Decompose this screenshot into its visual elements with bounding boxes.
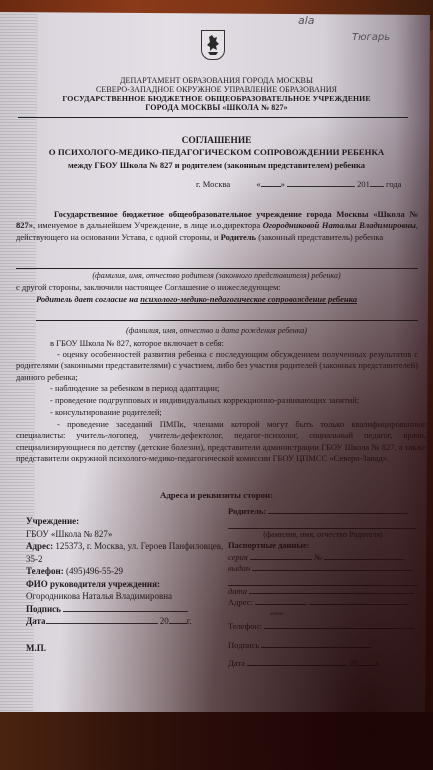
consent-statement: Родитель дает согласие на психолого-меди…	[36, 294, 426, 305]
head-name: Огородникова Наталья Владимировна	[26, 590, 226, 603]
parent-details: Родитель: (фамилия, имя, отчество Родите…	[228, 506, 428, 669]
list-item: - оценку особенностей развития ребенка с…	[16, 349, 418, 383]
place-date: г. Москва «» 201 года	[196, 179, 426, 190]
district-name: СЕВЕРО-ЗАПАДНОЕ ОКРУЖНОЕ УПРАВЛЕНИЕ ОБРА…	[0, 85, 433, 94]
day-field[interactable]	[261, 186, 281, 187]
parent-signature-field[interactable]	[261, 647, 371, 648]
passport-issued-line2[interactable]	[228, 575, 418, 586]
director-name: Огородниковой Натальи Владимировны	[263, 220, 416, 230]
passport-issued-field[interactable]	[252, 570, 412, 571]
passport-series-field[interactable]	[250, 559, 312, 560]
passport-number-field[interactable]	[324, 559, 404, 560]
address-index-field[interactable]	[255, 604, 305, 605]
child-name-hint: (фамилия, имя, отчество и дата рождения …	[0, 326, 433, 335]
includes-line: в ГБОУ Школа № 827, которое включает в с…	[50, 338, 410, 349]
month-field[interactable]	[287, 186, 355, 187]
parent-name-line2[interactable]	[228, 518, 416, 529]
city: г. Москва	[196, 179, 230, 189]
handwritten-note-top: ala	[298, 14, 315, 27]
head-label: ФИО руководителя учреждения:	[26, 578, 226, 591]
institution-name-line2: ГОРОДА МОСКВЫ «ШКОЛА № 827»	[0, 103, 433, 112]
list-item: - консультирование родителей;	[50, 407, 430, 418]
header-divider	[18, 117, 408, 118]
institution-year-field[interactable]	[169, 623, 187, 624]
institution-date-row: Дата 20г.	[26, 615, 226, 628]
institution-address: Адрес: 125373, г. Москва, ул. Героев Пан…	[26, 540, 226, 565]
preamble: Государственное бюджетное общеобразовате…	[16, 209, 418, 243]
child-name-field[interactable]	[36, 320, 418, 321]
parent-name-field[interactable]	[16, 268, 418, 269]
parent-name-hint: (фамилия, имя, отчество родителя (законн…	[0, 271, 433, 280]
doc-title: СОГЛАШЕНИЕ	[0, 136, 433, 146]
institution-short-name: ГБОУ «Школа № 827»	[26, 528, 226, 541]
parent-date-field[interactable]	[247, 665, 347, 666]
institution-phone: Телефон: (495)496-55-29	[26, 565, 226, 578]
list-item: - проведение заседаний ПМПк, членами кот…	[16, 419, 426, 464]
institution-details: Учреждение: ГБОУ «Школа № 827» Адрес: 12…	[26, 515, 226, 654]
addresses-title: Адреса и реквизиты сторон:	[0, 490, 433, 500]
institution-label: Учреждение:	[26, 515, 226, 528]
table-surface-bottom	[0, 712, 433, 770]
year-field[interactable]	[370, 186, 384, 187]
preamble-closing: с другой стороны, заключили настоящее Со…	[16, 282, 418, 293]
passport-date-field[interactable]	[249, 593, 414, 594]
moscow-coat-of-arms-icon	[201, 30, 225, 60]
stamp-placeholder: М.П.	[26, 642, 226, 655]
parent-year-field[interactable]	[358, 665, 376, 666]
address-field[interactable]	[309, 604, 409, 605]
parent-phone-field[interactable]	[264, 628, 414, 629]
department-name: ДЕПАРТАМЕНТ ОБРАЗОВАНИЯ ГОРОДА МОСКВЫ	[0, 76, 433, 85]
institution-date-field[interactable]	[46, 623, 158, 624]
institution-name-line1: ГОСУДАРСТВЕННОЕ БЮДЖЕТНОЕ ОБЩЕОБРАЗОВАТЕ…	[0, 94, 433, 103]
parent-name-line[interactable]	[268, 513, 408, 514]
list-item: - проведение подгрупповых и индивидуальн…	[50, 395, 430, 406]
doc-parties: между ГБОУ Школа № 827 и родителем (зако…	[0, 160, 433, 170]
list-item: - наблюдение за ребенком в период адапта…	[50, 383, 430, 394]
handwritten-note-corner: Тюгарь	[352, 32, 390, 43]
institution-signature-row: Подпись	[26, 603, 226, 616]
institution-signature-field[interactable]	[63, 611, 188, 612]
doc-subtitle: О ПСИХОЛОГО-МЕДИКО-ПЕДАГОГИЧЕСКОМ СОПРОВ…	[0, 147, 433, 157]
